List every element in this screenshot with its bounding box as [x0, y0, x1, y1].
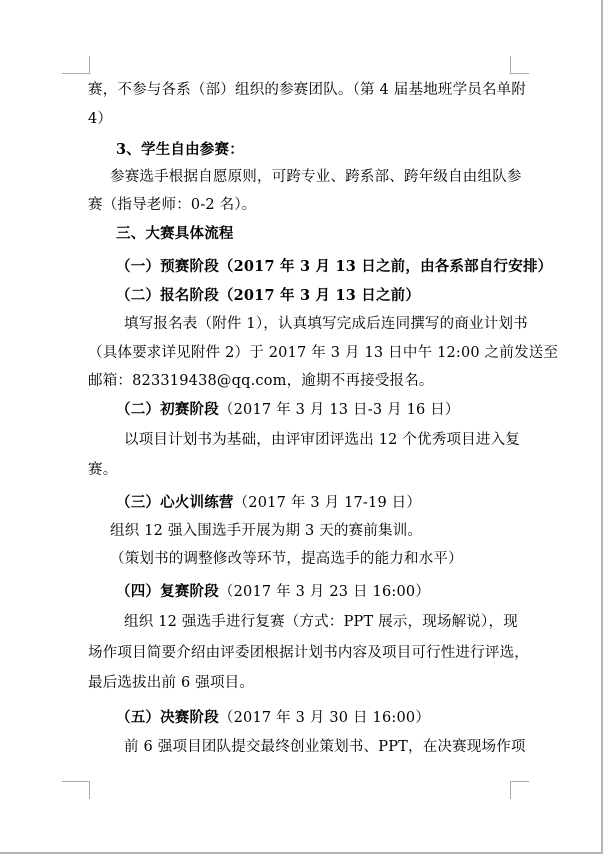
paragraph-line: （具体要求详见附件 2）于 2017 年 3 月 13 日中午 12:00 之前… — [88, 344, 558, 362]
paragraph-line: 赛，不参与各系（部）组织的参赛团队。（第 4 届基地班学员名单附 — [88, 81, 526, 99]
line-text: 场作项目简要介绍由评委团根据计划书内容及项目可行性进行评选， — [88, 645, 529, 661]
line-text: 前 6 强项目团队提交最终创业策划书、PPT，在决赛现场作项 — [124, 739, 526, 755]
heading-line: （二）初赛阶段（2017 年 3 月 13 日-3 月 16 日） — [116, 401, 460, 419]
bold-heading: 三、大赛具体流程 — [116, 225, 234, 242]
line-text: 填写报名表（附件 1），认真填写完成后连同撰写的商业计划书 — [124, 316, 528, 332]
line-text: 赛，不参与各系（部）组织的参赛团队。（第 4 届基地班学员名单附 — [88, 82, 526, 98]
line-text: （2017 年 3 月 17-19 日） — [234, 495, 421, 511]
line-text: 组织 12 强选手进行复赛（方式：PPT 展示，现场解说），现 — [124, 614, 518, 630]
paragraph-line: 邮箱：823319438@qq.com，逾期不再接受报名。 — [88, 372, 434, 390]
heading-line: 三、大赛具体流程 — [116, 225, 234, 243]
margin-corner-bottom-left — [62, 781, 90, 799]
line-text: 邮箱：823319438@qq.com，逾期不再接受报名。 — [88, 373, 434, 389]
line-text: （策划书的调整修改等环节，提高选手的能力和水平） — [110, 551, 463, 567]
bold-heading: （五）决赛阶段 — [116, 709, 219, 726]
line-text: 组织 12 强入围选手开展为期 3 天的赛前集训。 — [110, 523, 422, 539]
paragraph-line: 场作项目简要介绍由评委团根据计划书内容及项目可行性进行评选， — [88, 644, 529, 662]
paragraph-line: （策划书的调整修改等环节，提高选手的能力和水平） — [110, 550, 463, 568]
heading-line: 3、学生自由参赛： — [116, 141, 244, 159]
line-text: （2017 年 3 月 13 日-3 月 16 日） — [219, 402, 460, 418]
paragraph-line: 前 6 强项目团队提交最终创业策划书、PPT，在决赛现场作项 — [124, 738, 526, 756]
paragraph-line: 参赛选手根据自愿原则，可跨专业、跨系部、跨年级自由组队参 — [110, 168, 522, 186]
paragraph-line: 以项目计划书为基础，由评审团评选出 12 个优秀项目进入复 — [124, 431, 520, 449]
line-text: 最后选拔出前 6 强项目。 — [88, 675, 254, 691]
bold-heading: （四）复赛阶段 — [116, 583, 219, 600]
heading-line: （五）决赛阶段（2017 年 3 月 30 日 16:00） — [116, 709, 430, 727]
bold-heading: （三）心火训练营 — [116, 494, 234, 511]
line-text: 赛（指导老师：0-2 名）。 — [88, 197, 257, 213]
paragraph-line: 组织 12 强入围选手开展为期 3 天的赛前集训。 — [110, 522, 422, 540]
paragraph-line: 最后选拔出前 6 强项目。 — [88, 674, 254, 692]
bold-heading: （二）报名阶段（2017 年 3 月 13 日之前） — [116, 287, 420, 304]
bold-heading: （一）预赛阶段（2017 年 3 月 13 日之前，由各系部自行安排） — [116, 258, 552, 275]
line-text: （2017 年 3 月 30 日 16:00） — [219, 710, 430, 726]
bold-heading: 3、学生自由参赛： — [116, 141, 244, 158]
heading-line: （二）报名阶段（2017 年 3 月 13 日之前） — [116, 287, 420, 305]
bold-heading: （二）初赛阶段 — [116, 401, 219, 418]
line-text: 4） — [88, 111, 112, 127]
line-text: 赛。 — [88, 462, 117, 478]
paragraph-line: 填写报名表（附件 1），认真填写完成后连同撰写的商业计划书 — [124, 315, 528, 333]
paragraph-line: 组织 12 强选手进行复赛（方式：PPT 展示，现场解说），现 — [124, 613, 518, 631]
margin-corner-top-right — [510, 56, 529, 74]
line-text: （具体要求详见附件 2）于 2017 年 3 月 13 日中午 12:00 之前… — [88, 345, 558, 361]
heading-line: （三）心火训练营（2017 年 3 月 17-19 日） — [116, 494, 421, 512]
document-page: 赛，不参与各系（部）组织的参赛团队。（第 4 届基地班学员名单附4）3、学生自由… — [0, 0, 603, 854]
heading-line: （四）复赛阶段（2017 年 3 月 23 日 16:00） — [116, 583, 430, 601]
margin-corner-bottom-right — [510, 781, 529, 799]
line-text: 以项目计划书为基础，由评审团评选出 12 个优秀项目进入复 — [124, 432, 520, 448]
paragraph-line: 赛。 — [88, 461, 117, 479]
heading-line: （一）预赛阶段（2017 年 3 月 13 日之前，由各系部自行安排） — [116, 258, 552, 276]
paragraph-line: 赛（指导老师：0-2 名）。 — [88, 196, 257, 214]
line-text: 参赛选手根据自愿原则，可跨专业、跨系部、跨年级自由组队参 — [110, 169, 522, 185]
line-text: （2017 年 3 月 23 日 16:00） — [219, 584, 430, 600]
paragraph-line: 4） — [88, 110, 112, 128]
margin-corner-top-left — [62, 56, 90, 74]
